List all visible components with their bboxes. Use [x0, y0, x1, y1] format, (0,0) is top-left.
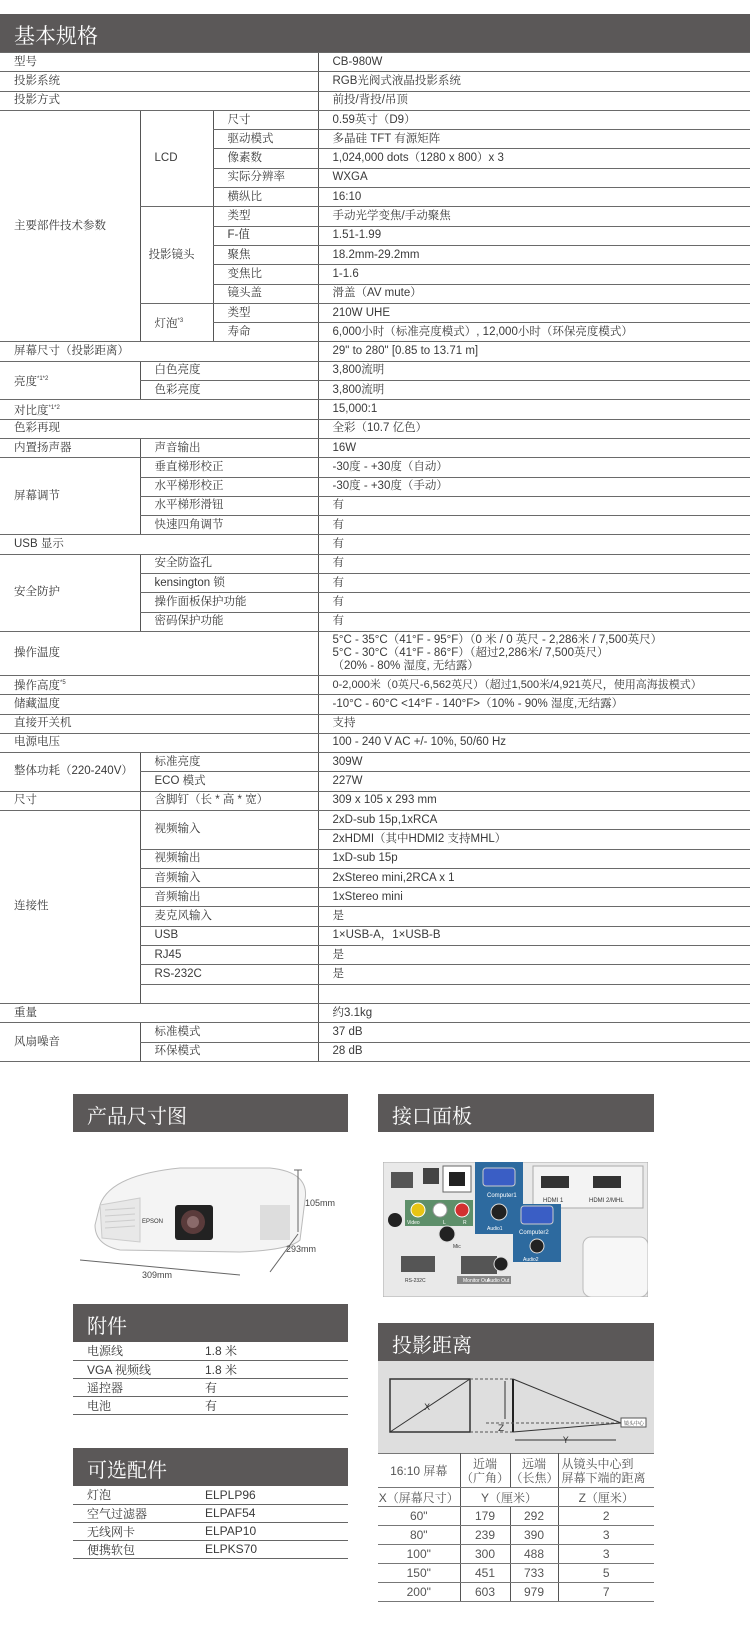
table-row: 尺寸 含脚钉（长 * 高 * 宽） 309 x 105 x 293 mm	[0, 791, 750, 810]
spec-value: 16:10	[318, 188, 750, 207]
spec-label: 操作面板保护功能	[140, 593, 318, 612]
svg-text:Computer1: Computer1	[487, 1193, 517, 1199]
spec-value: 3,800流明	[318, 381, 750, 400]
width-label: 309mm	[142, 1270, 172, 1280]
spec-value: 多晶硅 TFT 有源矩阵	[318, 130, 750, 149]
spec-label: 安全防盗孔	[140, 554, 318, 573]
projection-distance-section: 投影距离 X Z Y 镜头中心 16:10 屏幕 近端（广角） 远端（长焦） 从…	[378, 1323, 654, 1602]
spec-label: 标准模式	[140, 1023, 318, 1042]
spec-label: 类型	[213, 303, 318, 322]
interface-panel-section: 接口面板	[378, 1094, 654, 1132]
spec-value	[318, 984, 750, 1003]
svg-text:R: R	[463, 1220, 467, 1226]
spec-label: 操作高度*5	[0, 675, 318, 694]
spec-table: 型号 CB-980W 投影系统 RGB光阀式液晶投影系统 投影方式 前投/背投/…	[0, 52, 750, 1062]
table-row: 操作温度 5°C - 35°C（41°F - 95°F）（0 米 / 0 英尺 …	[0, 631, 750, 675]
table-row: 80"2393903	[378, 1526, 654, 1545]
projection-diagram: X Z Y 镜头中心	[378, 1361, 654, 1453]
table-row: 遥控器有	[73, 1378, 348, 1396]
table-row: USB 显示 有	[0, 535, 750, 554]
spec-label: 对比度*1*2	[0, 400, 318, 419]
svg-text:HDMI 2/MHL: HDMI 2/MHL	[589, 1198, 624, 1204]
svg-text:Audio2: Audio2	[523, 1257, 539, 1263]
spec-label: 视频输入	[140, 810, 318, 849]
optional-accessories-title: 可选配件	[73, 1448, 348, 1486]
table-header-row: X（屏幕尺寸） Y（厘米） Z（厘米）	[378, 1488, 654, 1507]
spec-value: 1xStereo mini	[318, 888, 750, 907]
interface-panel-title: 接口面板	[378, 1094, 654, 1132]
svg-text:Z: Z	[498, 1424, 504, 1434]
spec-value: CB-980W	[318, 53, 750, 72]
table-row: 电源电压 100 - 240 V AC +/- 10%, 50/60 Hz	[0, 733, 750, 752]
spec-subgroup-label: LCD	[140, 110, 213, 206]
spec-value: 100 - 240 V AC +/- 10%, 50/60 Hz	[318, 733, 750, 752]
spec-label: 直接开关机	[0, 714, 318, 733]
spec-value: 前投/背投/吊顶	[318, 91, 750, 110]
spec-value: 有	[318, 535, 750, 554]
spec-group-label: 整体功耗（220-240V）	[0, 753, 140, 792]
spec-label: 型号	[0, 53, 318, 72]
spec-value: -30度 - +30度（自动）	[318, 458, 750, 477]
spec-label: 麦克风输入	[140, 907, 318, 926]
table-row: VGA 视频线1.8 米	[73, 1360, 348, 1378]
projection-distance-title: 投影距离	[378, 1323, 654, 1361]
spec-group-label: 连接性	[0, 810, 140, 1003]
spec-label: 环保模式	[140, 1042, 318, 1061]
spec-value: 滑盖（AV mute）	[318, 284, 750, 303]
spec-label: 屏幕尺寸（投影距离）	[0, 342, 318, 361]
spec-label: 含脚钉（长 * 高 * 宽）	[140, 791, 318, 810]
svg-text:Video: Video	[407, 1220, 420, 1226]
spec-label: 聚焦	[213, 245, 318, 264]
table-row: 储藏温度 -10°C - 60°C <14°F - 140°F>（10% - 9…	[0, 695, 750, 714]
svg-text:RS-232C: RS-232C	[405, 1278, 426, 1284]
spec-label: 投影系统	[0, 72, 318, 91]
spec-value: 16W	[318, 438, 750, 457]
spec-value: 有	[318, 516, 750, 535]
table-row: 整体功耗（220-240V） 标准亮度 309W	[0, 753, 750, 772]
spec-label: 内置扬声器	[0, 438, 140, 457]
spec-label: 音频输出	[140, 888, 318, 907]
spec-value: WXGA	[318, 168, 750, 187]
spec-label: 视频输出	[140, 849, 318, 868]
spec-label: 标准亮度	[140, 753, 318, 772]
table-row: 便携软包ELPKS70	[73, 1540, 348, 1558]
spec-label: 电源电压	[0, 733, 318, 752]
spec-value: 约3.1kg	[318, 1003, 750, 1022]
table-row: 直接开关机 支持	[0, 714, 750, 733]
table-row: 200"6039797	[378, 1583, 654, 1602]
spec-label: 尺寸	[0, 791, 140, 810]
table-row: 亮度*1*2 白色亮度 3,800流明	[0, 361, 750, 380]
spec-label: 声音输出	[140, 438, 318, 457]
spec-value: 15,000:1	[318, 400, 750, 419]
table-row: 操作高度*5 0-2,000米（0英尺-6,562英尺）（超过1,500米/4,…	[0, 675, 750, 694]
spec-label: 密码保护功能	[140, 612, 318, 631]
table-row: 无线网卡ELPAP10	[73, 1522, 348, 1540]
spec-value: 5°C - 35°C（41°F - 95°F）（0 米 / 0 英尺 - 2,2…	[318, 631, 750, 675]
spec-label: 重量	[0, 1003, 318, 1022]
spec-value: 有	[318, 554, 750, 573]
spec-label: USB	[140, 926, 318, 945]
svg-text:Audio1: Audio1	[487, 1226, 503, 1232]
spec-group-label: 安全防护	[0, 554, 140, 631]
spec-label: 色彩亮度	[140, 381, 318, 400]
spec-label: 操作温度	[0, 631, 318, 675]
spec-label: 横纵比	[213, 188, 318, 207]
spec-value: 1-1.6	[318, 265, 750, 284]
spec-label: 白色亮度	[140, 361, 318, 380]
spec-value: -10°C - 60°C <14°F - 140°F>（10% - 90% 湿度…	[318, 695, 750, 714]
table-row: 连接性 视频输入 2xD-sub 15p,1xRCA	[0, 810, 750, 829]
footnote-mark: *1*2	[49, 405, 60, 411]
spec-group-label: 主要部件技术参数	[0, 110, 140, 342]
svg-text:Audio Out: Audio Out	[487, 1278, 510, 1284]
spec-value: 1,024,000 dots（1280 x 800）x 3	[318, 149, 750, 168]
svg-text:Y: Y	[562, 1436, 569, 1446]
spec-value: 309W	[318, 753, 750, 772]
spec-label: RS-232C	[140, 965, 318, 984]
spec-value: 是	[318, 907, 750, 926]
table-row: 电池有	[73, 1396, 348, 1414]
spec-label: 镜头盖	[213, 284, 318, 303]
spec-value: 有	[318, 612, 750, 631]
projector-image: EPSON 105mm 293mm 309mm	[80, 1150, 350, 1280]
footnote-mark: *5	[60, 680, 66, 686]
spec-label: 储藏温度	[0, 695, 318, 714]
spec-value: 0-2,000米（0英尺-6,562英尺）（超过1,500米/4,921英尺，使…	[318, 675, 750, 694]
spec-value: RGB光阀式液晶投影系统	[318, 72, 750, 91]
spec-value: 28 dB	[318, 1042, 750, 1061]
spec-section-title: 基本规格	[0, 14, 750, 52]
spec-label: ECO 模式	[140, 772, 318, 791]
spec-label: 垂直梯形校正	[140, 458, 318, 477]
spec-group-label: 亮度*1*2	[0, 361, 140, 400]
svg-text:Monitor Out: Monitor Out	[463, 1278, 490, 1284]
optional-accessories-table: 灯泡ELPLP96 空气过滤器ELPAF54 无线网卡ELPAP10 便携软包E…	[73, 1486, 348, 1559]
spec-value: 2xD-sub 15p,1xRCA	[318, 810, 750, 829]
spec-label: 投影方式	[0, 91, 318, 110]
spec-label: 驱动模式	[213, 130, 318, 149]
svg-text:Mic: Mic	[453, 1244, 461, 1250]
spec-label: 水平梯形校正	[140, 477, 318, 496]
table-row: 投影方式 前投/背投/吊顶	[0, 91, 750, 110]
accessories-table: 电源线1.8 米 VGA 视频线1.8 米 遥控器有 电池有	[73, 1342, 348, 1415]
spec-value: 是	[318, 946, 750, 965]
spec-value: 309 x 105 x 293 mm	[318, 791, 750, 810]
table-row: 安全防护 安全防盗孔 有	[0, 554, 750, 573]
table-row: 型号 CB-980W	[0, 53, 750, 72]
table-row: 屏幕尺寸（投影距离） 29" to 280" [0.85 to 13.71 m]	[0, 342, 750, 361]
dimensions-section: 产品尺寸图	[73, 1094, 348, 1132]
table-row: 60"1792922	[378, 1507, 654, 1526]
spec-value: 227W	[318, 772, 750, 791]
table-row: 屏幕调节 垂直梯形校正 -30度 - +30度（自动）	[0, 458, 750, 477]
brand-label: EPSON	[142, 1219, 163, 1225]
projection-distance-table: 16:10 屏幕 近端（广角） 远端（长焦） 从镜头中心到屏幕下端的距离 X（屏…	[378, 1453, 654, 1602]
accessories-section: 附件 电源线1.8 米 VGA 视频线1.8 米 遥控器有 电池有	[73, 1304, 348, 1415]
spec-value: 37 dB	[318, 1023, 750, 1042]
spec-label: 水平梯形滑钮	[140, 496, 318, 515]
footnote-mark: *3	[178, 318, 184, 324]
spec-value: 0.59英寸（D9）	[318, 110, 750, 129]
dimensions-title: 产品尺寸图	[73, 1094, 348, 1132]
svg-text:X: X	[424, 1403, 430, 1413]
spec-value: 1.51-1.99	[318, 226, 750, 245]
spec-label: 快速四角调节	[140, 516, 318, 535]
optional-accessories-section: 可选配件 灯泡ELPLP96 空气过滤器ELPAF54 无线网卡ELPAP10 …	[73, 1448, 348, 1559]
accessories-title: 附件	[73, 1304, 348, 1342]
spec-label: 实际分辨率	[213, 168, 318, 187]
spec-value: 210W UHE	[318, 303, 750, 322]
spec-subgroup-label: 灯泡*3	[140, 303, 213, 342]
interface-panel-image: Computer1 HDMI 1 HDMI 2/MHL Video L R Au…	[383, 1162, 648, 1297]
spec-label: 变焦比	[213, 265, 318, 284]
spec-value: -30度 - +30度（手动）	[318, 477, 750, 496]
table-header-row: 16:10 屏幕 近端（广角） 远端（长焦） 从镜头中心到屏幕下端的距离	[378, 1454, 654, 1488]
spec-value: 18.2mm-29.2mm	[318, 245, 750, 264]
depth-label: 293mm	[286, 1244, 316, 1254]
spec-label: kensington 锁	[140, 574, 318, 593]
spec-value: 手动光学变焦/手动聚焦	[318, 207, 750, 226]
table-row: 空气过滤器ELPAF54	[73, 1504, 348, 1522]
table-row: 100"3004883	[378, 1545, 654, 1564]
svg-text:L: L	[443, 1220, 446, 1226]
spec-value: 有	[318, 496, 750, 515]
height-label: 105mm	[305, 1198, 335, 1208]
spec-value: 3,800流明	[318, 361, 750, 380]
spec-label: F-值	[213, 226, 318, 245]
spec-value: 全彩（10.7 亿色）	[318, 419, 750, 438]
table-row: 重量 约3.1kg	[0, 1003, 750, 1022]
table-row: 色彩再现 全彩（10.7 亿色）	[0, 419, 750, 438]
table-row: 内置扬声器 声音输出 16W	[0, 438, 750, 457]
table-row: 150"4517335	[378, 1564, 654, 1583]
spec-label: 类型	[213, 207, 318, 226]
table-row: 主要部件技术参数 LCD 尺寸 0.59英寸（D9）	[0, 110, 750, 129]
spec-value: 2xStereo mini,2RCA x 1	[318, 868, 750, 887]
spec-subgroup-label: 投影镜头	[140, 207, 213, 303]
spec-label: RJ45	[140, 946, 318, 965]
spec-value: 1xD-sub 15p	[318, 849, 750, 868]
table-row: 风扇噪音 标准模式 37 dB	[0, 1023, 750, 1042]
spec-label: 音频输入	[140, 868, 318, 887]
table-row: 投影系统 RGB光阀式液晶投影系统	[0, 72, 750, 91]
spec-label: 寿命	[213, 323, 318, 342]
spec-label: 像素数	[213, 149, 318, 168]
spec-value: 支持	[318, 714, 750, 733]
footnote-mark: *1*2	[37, 376, 48, 382]
spec-label: 尺寸	[213, 110, 318, 129]
table-row: 灯泡ELPLP96	[73, 1486, 348, 1504]
spec-value: 29" to 280" [0.85 to 13.71 m]	[318, 342, 750, 361]
spec-value: 6,000小时（标准亮度模式）, 12,000小时（环保亮度模式）	[318, 323, 750, 342]
spec-group-label: 屏幕调节	[0, 458, 140, 535]
svg-text:HDMI 1: HDMI 1	[543, 1198, 564, 1204]
table-row: 对比度*1*2 15,000:1	[0, 400, 750, 419]
spec-label: 色彩再现	[0, 419, 318, 438]
spec-value: 有	[318, 574, 750, 593]
svg-text:Computer2: Computer2	[519, 1230, 549, 1236]
spec-value: 1×USB-A，1×USB-B	[318, 926, 750, 945]
spec-value: 是	[318, 965, 750, 984]
svg-text:镜头中心: 镜头中心	[624, 1420, 645, 1427]
table-row: 电源线1.8 米	[73, 1342, 348, 1360]
spec-value: 有	[318, 593, 750, 612]
spec-label: USB 显示	[0, 535, 318, 554]
spec-group-label: 风扇噪音	[0, 1023, 140, 1062]
spec-label	[140, 984, 318, 1003]
spec-value: 2xHDMI（其中HDMI2 支持MHL）	[318, 830, 750, 849]
